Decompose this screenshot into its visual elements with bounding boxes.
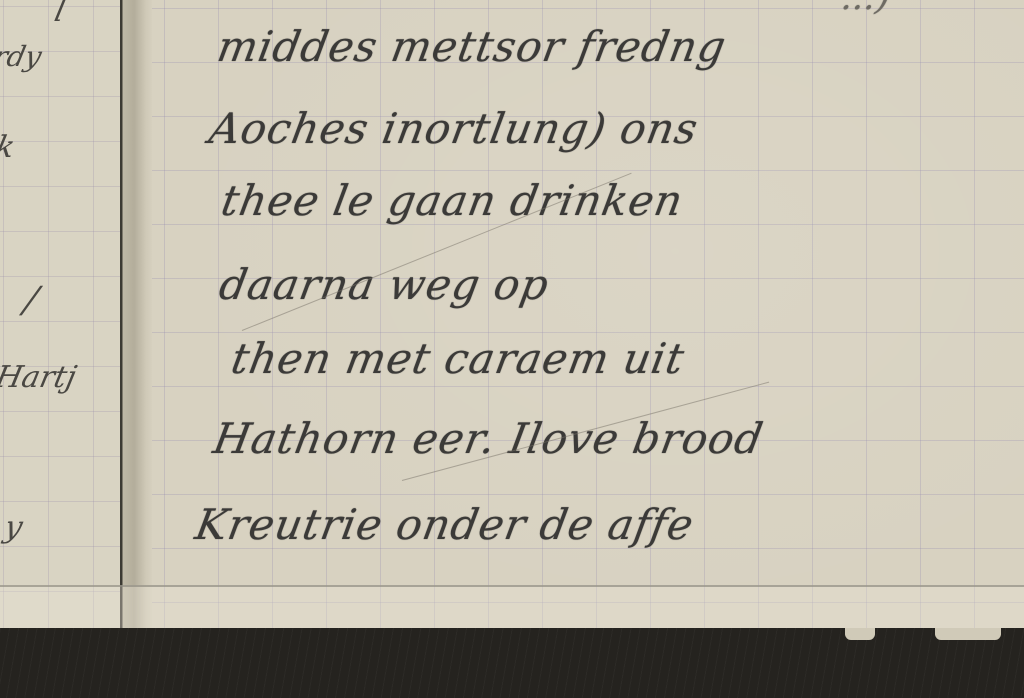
partial-top-line: …) — [838, 0, 894, 18]
handwritten-line-2: Aoches inortlung) ons — [206, 104, 702, 153]
left-fragment: l — [51, 0, 68, 29]
main-page: …) middes mettsor fredng Aoches inortlun… — [152, 0, 1024, 628]
left-fragment: rdy — [0, 40, 45, 73]
page-edge-tab — [845, 628, 875, 640]
left-fragment: Hartj — [0, 360, 79, 395]
left-fragment: / — [21, 280, 42, 321]
handwritten-line-4: daarna weg op — [216, 260, 553, 309]
notebook-scan: l rdy k / Hartj y …) middes mettsor fred… — [0, 0, 1024, 698]
page-edge-tab — [935, 628, 1001, 640]
handwritten-line-5: then met caraem uit — [228, 334, 689, 383]
left-page: l rdy k / Hartj y — [0, 0, 120, 628]
left-fragment: y — [1, 510, 25, 545]
sleeve-band — [0, 587, 1024, 628]
left-fragment: k — [0, 130, 18, 165]
handwritten-line-7: Kreutrie onder de affe — [192, 500, 698, 549]
handwritten-line-3: thee le gaan drinken — [218, 176, 687, 225]
handwritten-line-1: middes mettsor fredng — [214, 22, 730, 71]
notebook-spine — [120, 0, 152, 628]
